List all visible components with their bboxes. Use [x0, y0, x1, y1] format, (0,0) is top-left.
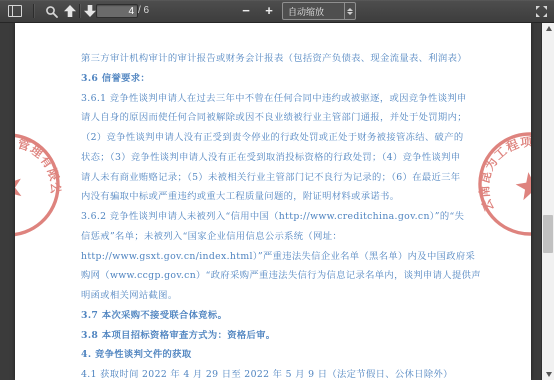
toolbar-separator: [33, 4, 34, 18]
arrow-down-icon: [84, 5, 96, 17]
pdf-page: 云南昆为工程项目管理有限公司 云南昆为工程项目管理有限公司 第三方审计机构审计的…: [15, 23, 531, 380]
doc-line: http://www.gsxt.gov.cn/index.html）”严重违法失…: [81, 247, 493, 267]
scrollbar-thumb[interactable]: [543, 215, 553, 253]
doc-line: 信惩戒”名单；未被列入“国家企业信用信息公示系统（网址：: [81, 227, 493, 247]
doc-line: 3.8 本项目招标资格审查方式为：资格后审。: [81, 326, 493, 346]
doc-line: 3.6.2 竞争性谈判申请人未被列入“信用中国（http://www.credi…: [81, 207, 493, 227]
doc-line: 明函或相关网站截图。: [81, 286, 493, 306]
zoom-in-button[interactable]: +: [260, 2, 278, 20]
doc-line: 4. 竞争性谈判文件的获取: [81, 345, 493, 365]
search-button[interactable]: [42, 2, 60, 20]
minus-icon: −: [242, 3, 250, 19]
triangle-down-icon: [546, 372, 552, 377]
seal-star-icon: [514, 170, 531, 201]
toolbar-separator: [79, 4, 80, 18]
select-spinner-icon: [344, 3, 355, 19]
doc-line: 3.6 信誉要求：: [81, 69, 493, 89]
doc-line: 4.1 获取时间 2022 年 4 月 29 日至 2022 年 5 月 9 日…: [81, 365, 493, 380]
pdf-viewer-area: 云南昆为工程项目管理有限公司 云南昆为工程项目管理有限公司 第三方审计机构审计的…: [0, 22, 541, 380]
doc-line: 请人未有商业贿赂记录；（5）未被相关行业主管部门记不良行为记录的；（6）在最近三…: [81, 168, 493, 188]
arrow-up-icon: [64, 5, 76, 17]
doc-line: 请人自身的原因而使任何合同被解除或因不良业绩被行业主管部门通报，并处于处罚期内；: [81, 108, 493, 128]
doc-line: （2）竞争性谈判申请人没有正受到责令停业的行政处罚或正处于财务被接管冻结、破产的: [81, 128, 493, 148]
doc-line: 内没有骗取中标或严重违约或重大工程质量问题的，附证明材料或承诺书。: [81, 187, 493, 207]
presentation-mode-button[interactable]: [532, 2, 550, 20]
plus-icon: +: [265, 3, 273, 19]
sidebar-toggle-icon: [8, 5, 22, 17]
svg-text:云南昆为工程项目管理有限公司: 云南昆为工程项目管理有限公司: [15, 108, 68, 234]
zoom-level-select[interactable]: 自动缩放: [282, 2, 356, 20]
seal-company-text: 云南昆为工程项目管理有限公司: [15, 108, 68, 234]
scrollbar-down-button[interactable]: [542, 368, 554, 380]
triangle-up-icon: [546, 26, 552, 31]
document-text-block: 第三方审计机构审计的审计报告或财务会计报表（包括资产负债表、现金流量表、利润表）…: [81, 49, 493, 380]
scrollbar-up-button[interactable]: [542, 22, 554, 34]
search-icon: [45, 5, 58, 18]
page-count-label: / 6: [138, 5, 149, 16]
pdf-viewer-toolbar: / 6 − + 自动缩放: [0, 0, 554, 23]
fullscreen-expand-icon: [535, 5, 548, 18]
vertical-scrollbar[interactable]: [541, 22, 554, 380]
doc-line: 第三方审计机构审计的审计报告或财务会计报表（包括资产负债表、现金流量表、利润表）: [81, 49, 493, 69]
doc-line: 3.7 本次采购不接受联合体竞标。: [81, 306, 493, 326]
doc-line: 3.6.1 竞争性谈判申请人在过去三年中不曾在任何合同中违约或被驱逐，或因竞争性…: [81, 89, 493, 109]
doc-line: 购网（www.ccgp.gov.cn）“政府采购严重违法失信行为信息记录名单内，…: [81, 266, 493, 286]
company-seal-left: 云南昆为工程项目管理有限公司: [15, 108, 85, 262]
seal-star-icon: [15, 169, 27, 204]
doc-line: 状态；（3）竞争性谈判申请人没有正在受到取消投标资格的行政处罚；（4）竞争性谈判…: [81, 148, 493, 168]
zoom-level-value: 自动缩放: [283, 5, 344, 18]
page-number-input[interactable]: [96, 4, 138, 18]
previous-page-button[interactable]: [61, 2, 79, 20]
zoom-out-button[interactable]: −: [237, 2, 255, 20]
sidebar-toggle-button[interactable]: [6, 2, 24, 20]
